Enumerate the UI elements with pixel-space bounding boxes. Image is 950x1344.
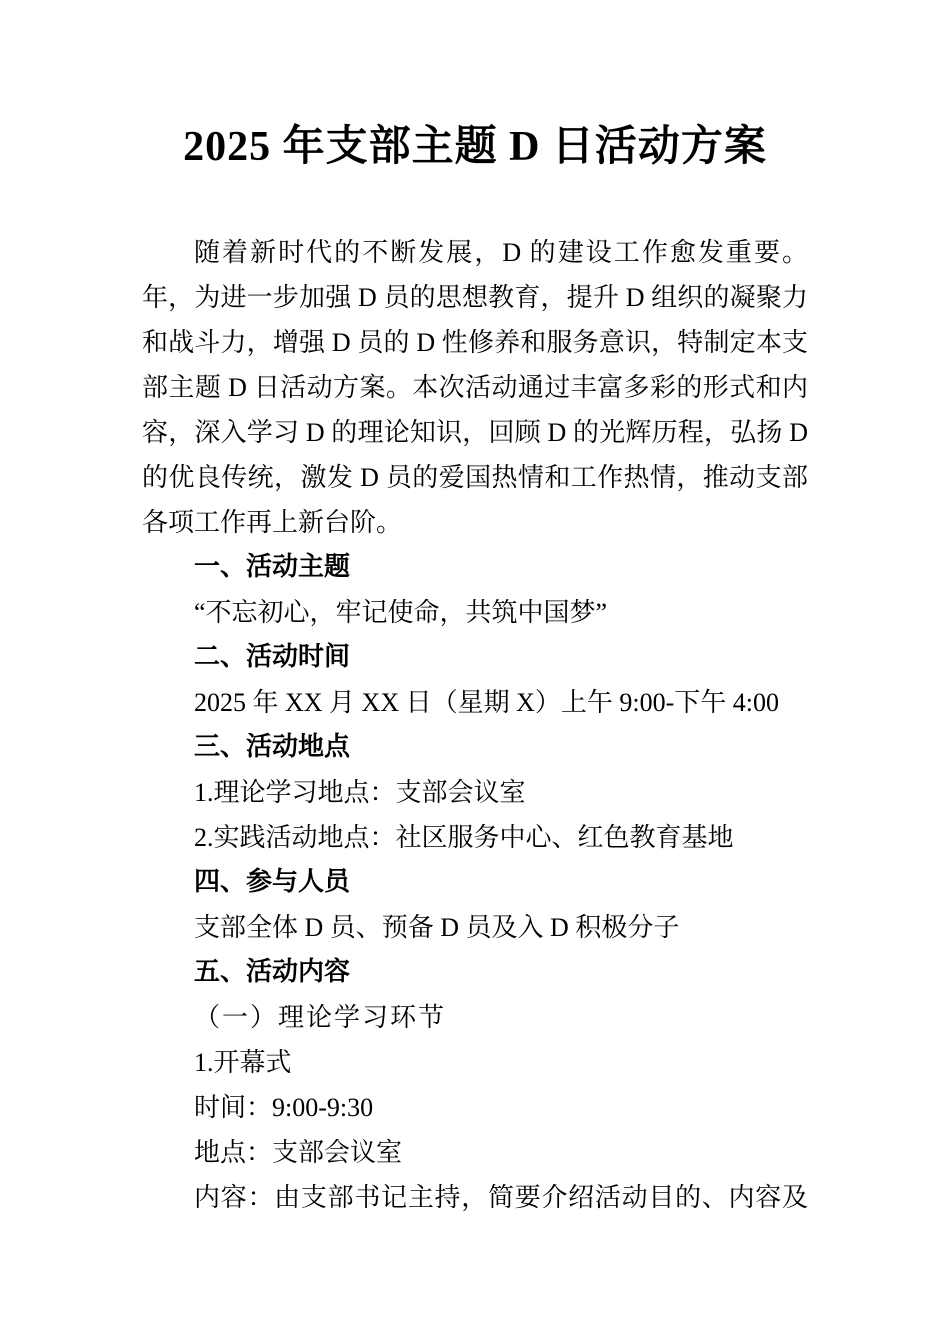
participants-text: 支部全体 D 员、预备 D 员及入 D 积极分子 (142, 905, 808, 950)
theme-quote: “不忘初心，牢记使命，共筑中国梦” (142, 590, 808, 635)
document-title: 2025 年支部主题 D 日活动方案 (142, 120, 808, 174)
subsection-theory-study: （一）理论学习环节 (142, 995, 808, 1040)
section-heading-content: 五、活动内容 (142, 950, 808, 995)
intro-line: 各项工作再上新台阶。 (142, 500, 808, 545)
intro-line: 和战斗力，增强 D 员的 D 性修养和服务意识，特制定本支 (142, 320, 808, 365)
item-opening-ceremony: 1.开幕式 (142, 1040, 808, 1085)
intro-line: 容，深入学习 D 的理论知识，回顾 D 的光辉历程，弘扬 D (142, 410, 808, 455)
location-item-practice: 2.实践活动地点：社区服务中心、红色教育基地 (142, 815, 808, 860)
section-heading-location: 三、活动地点 (142, 725, 808, 770)
intro-paragraph: 随着新时代的不断发展，D 的建设工作愈发重要。2025 年，为进一步加强 D 员… (142, 230, 808, 545)
opening-content: 内容：由支部书记主持，简要介绍活动目的、内容及 (142, 1175, 808, 1220)
document-sections: 一、活动主题 “不忘初心，牢记使命，共筑中国梦” 二、活动时间 2025 年 X… (142, 545, 808, 1220)
intro-line: 随着新时代的不断发展，D 的建设工作愈发重要。2025 (142, 230, 808, 275)
opening-location: 地点：支部会议室 (142, 1130, 808, 1175)
location-item-theory: 1.理论学习地点：支部会议室 (142, 770, 808, 815)
section-heading-time: 二、活动时间 (142, 635, 808, 680)
activity-time: 2025 年 XX 月 XX 日（星期 X）上午 9:00-下午 4:00 (142, 680, 808, 725)
intro-line: 的优良传统，激发 D 员的爱国热情和工作热情，推动支部 (142, 455, 808, 500)
opening-time: 时间：9:00-9:30 (142, 1085, 808, 1130)
intro-line: 年，为进一步加强 D 员的思想教育，提升 D 组织的凝聚力 (142, 275, 808, 320)
section-heading-participants: 四、参与人员 (142, 860, 808, 905)
document-content: 2025 年支部主题 D 日活动方案 随着新时代的不断发展，D 的建设工作愈发重… (142, 0, 808, 1220)
document-page: 2025 年支部主题 D 日活动方案 随着新时代的不断发展，D 的建设工作愈发重… (0, 0, 950, 1344)
intro-line: 部主题 D 日活动方案。本次活动通过丰富多彩的形式和内 (142, 365, 808, 410)
section-heading-theme: 一、活动主题 (142, 545, 808, 590)
